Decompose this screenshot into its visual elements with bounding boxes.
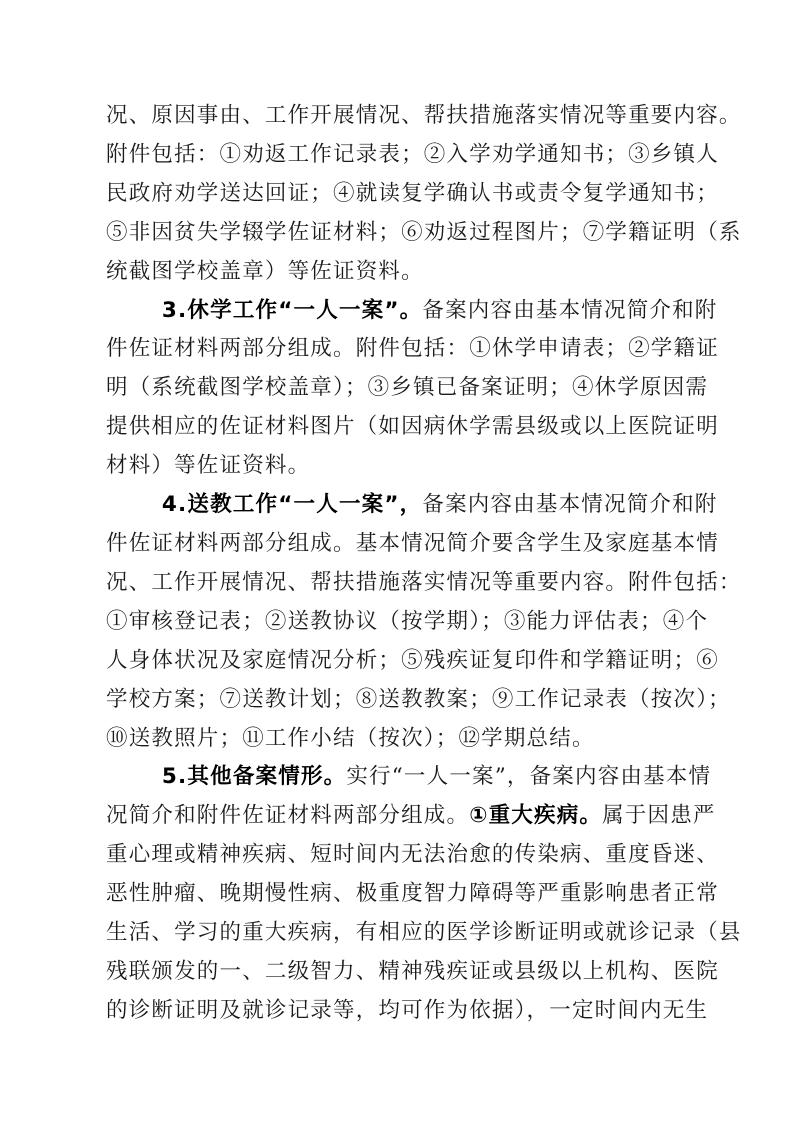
section-heading: 4.送教工作“一人一案”，: [162, 492, 423, 517]
text-line: ⑩送教照片；⑪工作小结（按次）；⑫学期总结。: [106, 720, 691, 759]
text-line: 残联颁发的一、二级智力、精神残疾证或县级以上机构、医院: [106, 953, 691, 992]
paragraph-section-3: 3.休学工作“一人一案”。备案内容由基本情况简介和附 件佐证材料两部分组成。附件…: [106, 292, 691, 487]
text-line: 学校方案；⑦送教计划；⑧送教教案；⑨工作记录表（按次）；: [106, 681, 691, 720]
text-line: 提供相应的佐证材料图片（如因病休学需县级或以上医院证明: [106, 408, 691, 447]
text-line: 3.休学工作“一人一案”。备案内容由基本情况简介和附: [106, 292, 691, 331]
text-line: 况、工作开展情况、帮扶措施落实情况等重要内容。附件包括：: [106, 564, 691, 603]
subheading-major-illness: ①重大疾病。: [469, 803, 602, 828]
document-page: 况、原因事由、工作开展情况、帮扶措施落实情况等重要内容。 附件包括：①劝返工作记…: [106, 97, 691, 1031]
text-line: 恶性肿瘤、晚期慢性病、极重度智力障碍等严重影响患者正常: [106, 875, 691, 914]
text-line: 民政府劝学送达回证；④就读复学确认书或责令复学通知书；: [106, 175, 691, 214]
text-line: ①审核登记表；②送教协议（按学期）；③能力评估表；④个: [106, 603, 691, 642]
text-line: 明（系统截图学校盖章）；③乡镇已备案证明；④休学原因需: [106, 369, 691, 408]
text-line: 况简介和附件佐证材料两部分组成。①重大疾病。属于因患严: [106, 797, 691, 836]
paragraph-continued: 况、原因事由、工作开展情况、帮扶措施落实情况等重要内容。 附件包括：①劝返工作记…: [106, 97, 691, 292]
text-line: 5.其他备案情形。实行“一人一案”，备案内容由基本情: [106, 758, 691, 797]
section-heading: 5.其他备案情形。: [162, 764, 346, 789]
paragraph-section-4: 4.送教工作“一人一案”，备案内容由基本情况简介和附 件佐证材料两部分组成。基本…: [106, 486, 691, 758]
text-line: 件佐证材料两部分组成。附件包括：①休学申请表；②学籍证: [106, 330, 691, 369]
text-run: 备案内容由基本情况简介和附: [422, 492, 717, 517]
text-line: 件佐证材料两部分组成。基本情况简介要含学生及家庭基本情: [106, 525, 691, 564]
text-line: 的诊断证明及就诊记录等，均可作为依据），一定时间内无生: [106, 992, 691, 1031]
text-line: 重心理或精神疾病、短时间内无法治愈的传染病、重度昏迷、: [106, 836, 691, 875]
text-line: ⑤非因贫失学辍学佐证材料；⑥劝返过程图片；⑦学籍证明（系: [106, 214, 691, 253]
text-line: 附件包括：①劝返工作记录表；②入学劝学通知书；③乡镇人: [106, 136, 691, 175]
text-line: 况、原因事由、工作开展情况、帮扶措施落实情况等重要内容。: [106, 97, 691, 136]
text-line: 4.送教工作“一人一案”，备案内容由基本情况简介和附: [106, 486, 691, 525]
section-heading: 3.休学工作“一人一案”。: [162, 298, 423, 323]
text-run: 属于因患严: [602, 803, 716, 828]
text-run: 备案内容由基本情况简介和附: [422, 298, 717, 323]
text-line: 统截图学校盖章）等佐证资料。: [106, 253, 691, 292]
paragraph-section-5: 5.其他备案情形。实行“一人一案”，备案内容由基本情 况简介和附件佐证材料两部分…: [106, 758, 691, 1030]
text-line: 材料）等佐证资料。: [106, 447, 691, 486]
text-run: 实行“一人一案”，备案内容由基本情: [346, 764, 711, 789]
text-line: 生活、学习的重大疾病，有相应的医学诊断证明或就诊记录（县: [106, 914, 691, 953]
text-run: 况简介和附件佐证材料两部分组成。: [106, 803, 469, 828]
text-line: 人身体状况及家庭情况分析；⑤残疾证复印件和学籍证明；⑥: [106, 642, 691, 681]
